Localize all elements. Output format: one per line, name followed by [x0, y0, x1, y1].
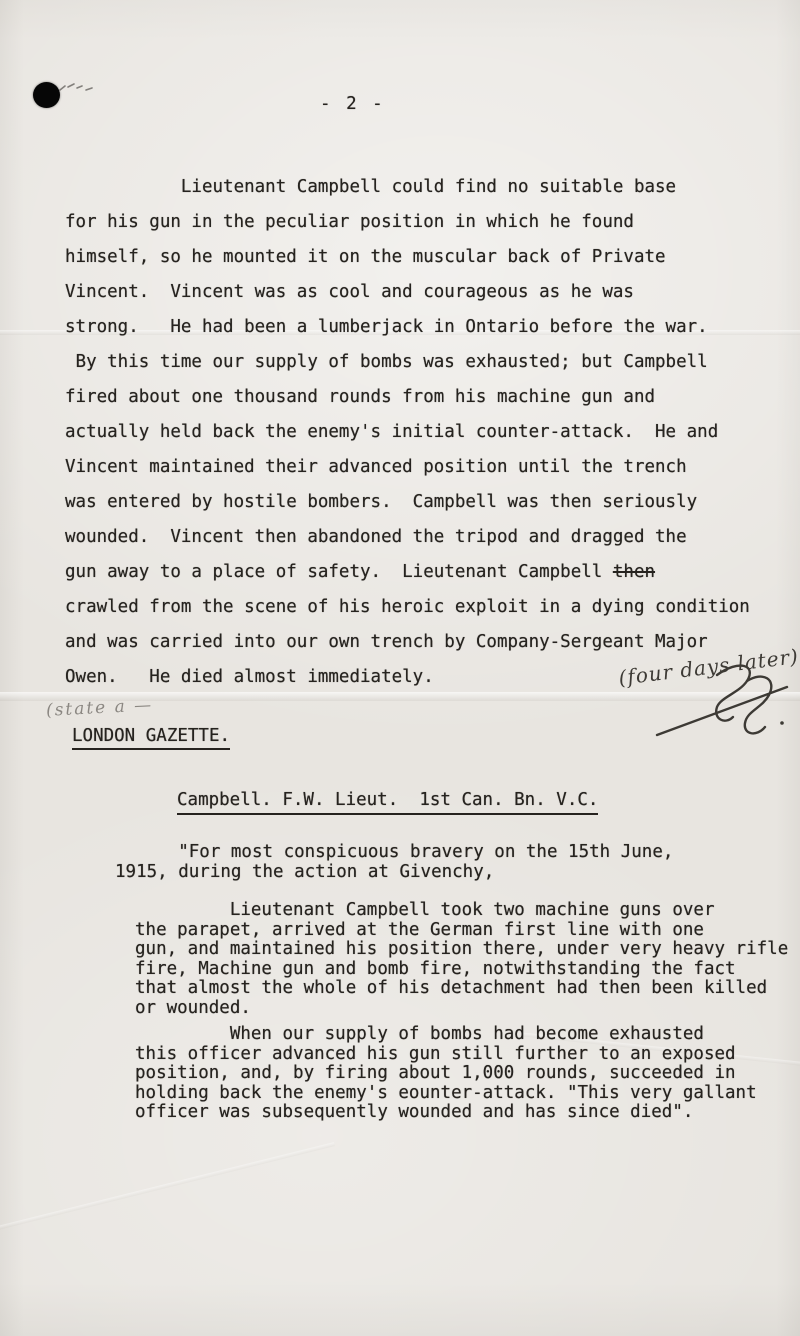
typed-line: Vincent maintained their advanced positi… — [65, 452, 750, 487]
typed-line: that almost the whole of his detachment … — [135, 979, 788, 999]
typed-line: Lieutenant Campbell could find no suitab… — [65, 172, 750, 207]
typed-line: the parapet, arrived at the German first… — [135, 921, 788, 941]
citation-paragraph-2: Lieutenant Campbell took two machine gun… — [135, 901, 788, 1018]
struck-word: then — [613, 562, 655, 582]
typed-line: himself, so he mounted it on the muscula… — [65, 242, 750, 277]
typed-line: holding back the enemy's eounter-attack.… — [135, 1084, 757, 1104]
typed-line: officer was subsequently wounded and has… — [135, 1103, 757, 1123]
typed-text: gun away to a place of safety. Lieutenan… — [65, 562, 613, 582]
typed-line: and was carried into our own trench by C… — [65, 627, 750, 662]
citation-paragraph-1: "For most conspicuous bravery on the 15t… — [115, 843, 673, 882]
typed-line: or wounded. — [135, 999, 788, 1019]
typed-line: gun away to a place of safety. Lieutenan… — [65, 557, 750, 592]
gazette-heading: LONDON GAZETTE. — [72, 726, 230, 750]
narrative-paragraph: Lieutenant Campbell could find no suitab… — [65, 172, 750, 697]
typed-line: actually held back the enemy's initial c… — [65, 417, 750, 452]
typed-line: By this time our supply of bombs was exh… — [65, 347, 750, 382]
pencil-margin-note: (state a — — [46, 695, 154, 721]
paper-crease — [0, 1142, 335, 1238]
typed-line: Lieutenant Campbell took two machine gun… — [135, 901, 788, 921]
typed-line: position, and, by firing about 1,000 rou… — [135, 1064, 757, 1084]
typed-line: Vincent. Vincent was as cool and courage… — [65, 277, 750, 312]
pencil-scribble — [56, 76, 102, 102]
typed-line: gun, and maintained his position there, … — [135, 940, 788, 960]
typed-line: wounded. Vincent then abandoned the trip… — [65, 522, 750, 557]
page-number: - 2 - — [320, 94, 385, 114]
typed-line: for his gun in the peculiar position in … — [65, 207, 750, 242]
citation-heading: Campbell. F.W. Lieut. 1st Can. Bn. V.C. — [177, 790, 598, 815]
typed-line: fired about one thousand rounds from his… — [65, 382, 750, 417]
typed-line: was entered by hostile bombers. Campbell… — [65, 487, 750, 522]
citation-paragraph-3: When our supply of bombs had become exha… — [135, 1025, 757, 1123]
typed-line: strong. He had been a lumberjack in Onta… — [65, 312, 750, 347]
typed-line: 1915, during the action at Givenchy, — [115, 863, 673, 883]
document-page: - 2 - Lieutenant Campbell could find no … — [0, 0, 800, 1336]
typed-line: fire, Machine gun and bomb fire, notwith… — [135, 960, 788, 980]
typed-line: crawled from the scene of his heroic exp… — [65, 592, 750, 627]
typed-line: When our supply of bombs had become exha… — [135, 1025, 757, 1045]
typed-line: "For most conspicuous bravery on the 15t… — [115, 843, 673, 863]
typed-line: this officer advanced his gun still furt… — [135, 1045, 757, 1065]
handwritten-initials — [655, 645, 795, 745]
